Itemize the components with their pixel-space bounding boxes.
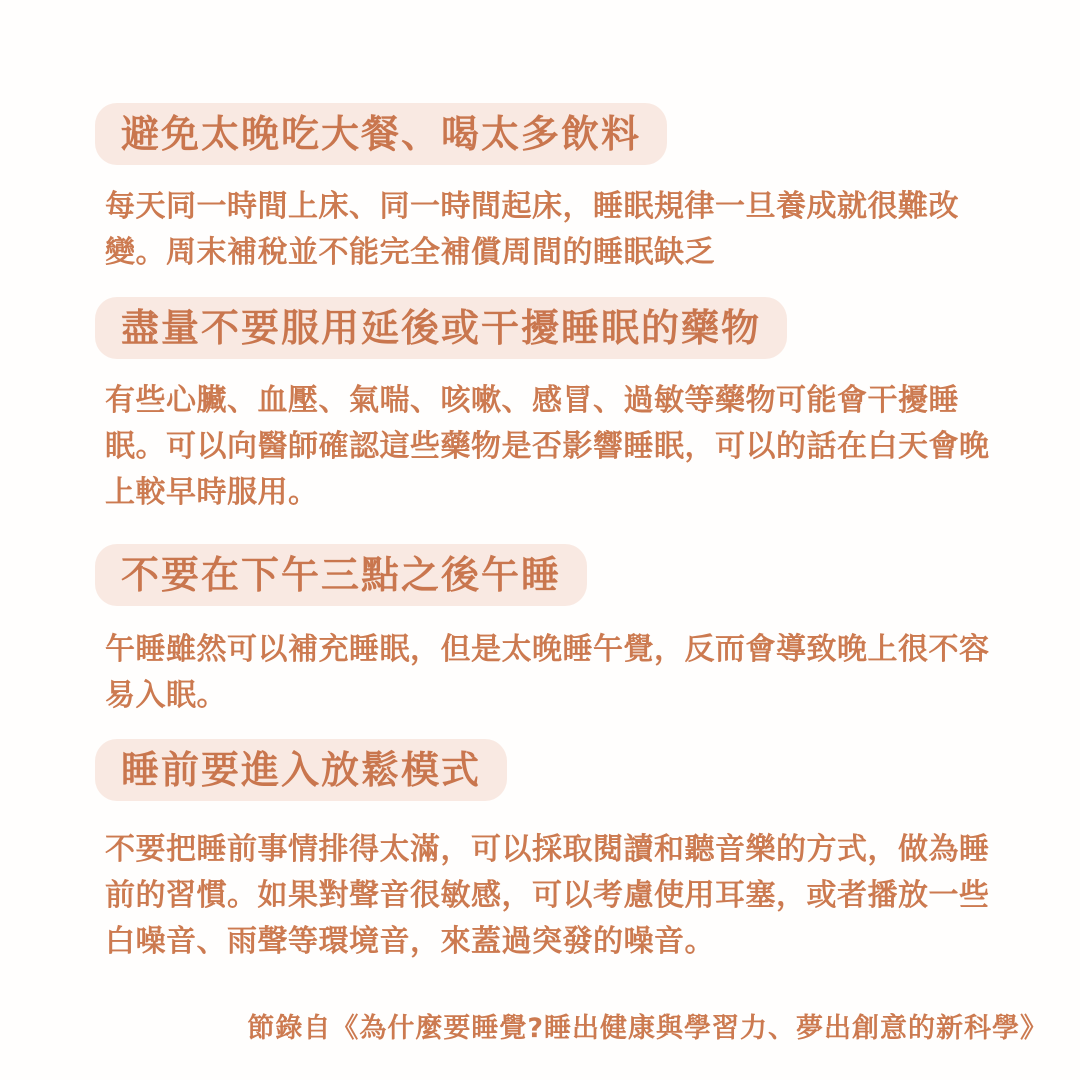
tip-heading-relax-before-bed: 睡前要進入放鬆模式 xyxy=(95,739,507,801)
tip-heading-no-late-naps: 不要在下午三點之後午睡 xyxy=(95,544,587,606)
tip-heading-avoid-sleep-disrupting-meds: 盡量不要服用延後或干擾睡眠的藥物 xyxy=(95,297,787,359)
tip-heading-avoid-late-meals: 避免太晚吃大餐、喝太多飲料 xyxy=(95,103,667,165)
tip-body-relax-before-bed: 不要把睡前事情排得太滿，可以採取閱讀和聽音樂的方式，做為睡前的習慣。如果對聲音很… xyxy=(105,827,995,965)
tip-body-no-late-naps: 午睡雖然可以補充睡眠，但是太晚睡午覺，反而會導致晚上很不容易入眠。 xyxy=(105,627,995,719)
sleep-tips-poster: 避免太晚吃大餐、喝太多飲料 每天同一時間上床、同一時間起床，睡眠規律一旦養成就很… xyxy=(0,0,1080,1080)
book-citation: 節錄自《為什麼要睡覺?睡出健康與學習力、夢出創意的新科學》 xyxy=(247,1006,1048,1045)
tip-body-avoid-late-meals: 每天同一時間上床、同一時間起床，睡眠規律一旦養成就很難改變。周末補稅並不能完全補… xyxy=(105,184,995,276)
tip-body-avoid-sleep-disrupting-meds: 有些心臟、血壓、氣喘、咳嗽、感冒、過敏等藥物可能會干擾睡眠。可以向醫師確認這些藥… xyxy=(105,378,995,516)
